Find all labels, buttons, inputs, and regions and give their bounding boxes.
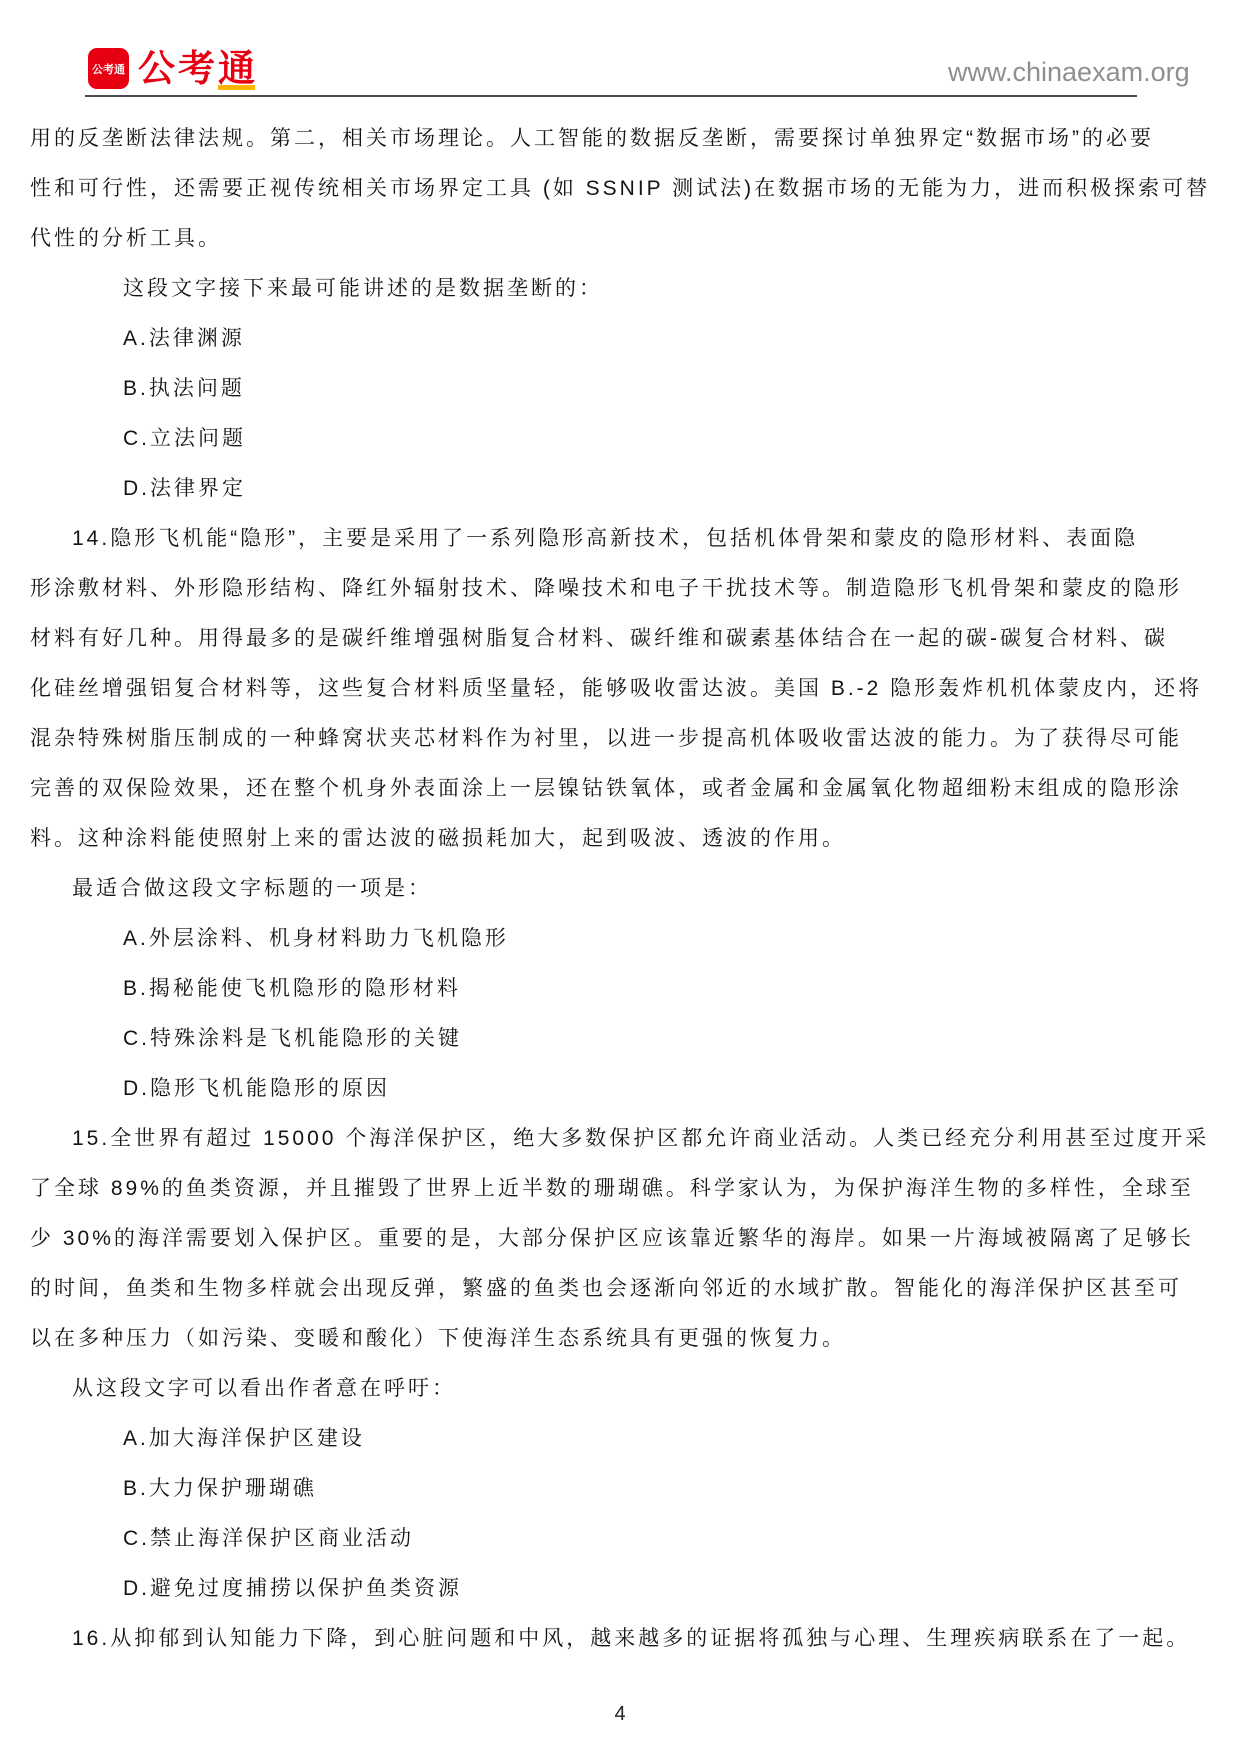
option-a: A.加大海洋保护区建设 [0,1412,1240,1462]
brand-logo: 公考通 公考通 [88,48,258,89]
paragraph-line: 的时间，鱼类和生物多样就会出现反弹，繁盛的鱼类也会逐渐向邻近的水域扩散。智能化的… [0,1262,1240,1312]
question-15-line: 15.全世界有超过 15000 个海洋保护区，绝大多数保护区都允许商业活动。人类… [0,1112,1240,1162]
option-d: D.法律界定 [0,462,1240,512]
paragraph-line: 完善的双保险效果，还在整个机身外表面涂上一层镍钴铁氧体，或者金属和金属氧化物超细… [0,762,1240,812]
paragraph-line: 了全球 89%的鱼类资源，并且摧毁了世界上近半数的珊瑚礁。科学家认为，为保护海洋… [0,1162,1240,1212]
option-c: C.禁止海洋保护区商业活动 [0,1512,1240,1562]
brand-logo-text: 公考通 [138,50,258,87]
brand-logo-label: 公考通 [138,48,258,89]
option-a: A.外层涂料、机身材料助力飞机隐形 [0,912,1240,962]
paragraph-line: 材料有好几种。用得最多的是碳纤维增强树脂复合材料、碳纤维和碳素基体结合在一起的碳… [0,612,1240,662]
option-a: A.法律渊源 [0,312,1240,362]
document-body: 用的反垄断法律法规。第二，相关市场理论。人工智能的数据反垄断，需要探讨单独界定“… [0,112,1240,1662]
paragraph-line: 混杂特殊树脂压制成的一种蜂窝状夹芯材料作为衬里，以进一步提高机体吸收雷达波的能力… [0,712,1240,762]
paragraph-line: 用的反垄断法律法规。第二，相关市场理论。人工智能的数据反垄断，需要探讨单独界定“… [0,112,1240,162]
option-b: B.大力保护珊瑚礁 [0,1462,1240,1512]
option-c: C.立法问题 [0,412,1240,462]
paragraph-line: 以在多种压力（如污染、变暖和酸化）下使海洋生态系统具有更强的恢复力。 [0,1312,1240,1362]
page-number: 4 [0,1703,1240,1726]
paragraph-line: 性和可行性，还需要正视传统相关市场界定工具 (如 SSNIP 测试法)在数据市场… [0,162,1240,212]
paragraph-line: 形涂敷材料、外形隐形结构、降红外辐射技术、降噪技术和电子干扰技术等。制造隐形飞机… [0,562,1240,612]
option-b: B.揭秘能使飞机隐形的隐形材料 [0,962,1240,1012]
paragraph-line: 代性的分析工具。 [0,212,1240,262]
brand-logo-icon: 公考通 [88,48,129,89]
header-divider [85,95,1137,97]
option-b: B.执法问题 [0,362,1240,412]
question-stem: 从这段文字可以看出作者意在呼吁： [0,1362,1240,1412]
option-d: D.隐形飞机能隐形的原因 [0,1062,1240,1112]
question-16-line: 16.从抑郁到认知能力下降，到心脏问题和中风，越来越多的证据将孤独与心理、生理疾… [0,1612,1240,1662]
question-14-line: 14.隐形飞机能“隐形”，主要是采用了一系列隐形高新技术，包括机体骨架和蒙皮的隐… [0,512,1240,562]
option-c: C.特殊涂料是飞机能隐形的关键 [0,1012,1240,1062]
paragraph-line: 少 30%的海洋需要划入保护区。重要的是，大部分保护区应该靠近繁华的海岸。如果一… [0,1212,1240,1262]
question-stem: 最适合做这段文字标题的一项是： [0,862,1240,912]
option-d: D.避免过度捕捞以保护鱼类资源 [0,1562,1240,1612]
site-url: www.chinaexam.org [948,55,1216,89]
document-page: 公考通 公考通 www.chinaexam.org 用的反垄断法律法规。第二，相… [0,0,1240,1754]
brand-accent-underline [218,85,255,90]
paragraph-line: 化硅丝增强铝复合材料等，这些复合材料质坚量轻，能够吸收雷达波。美国 B.-2 隐… [0,662,1240,712]
paragraph-line: 料。这种涂料能使照射上来的雷达波的磁损耗加大，起到吸波、透波的作用。 [0,812,1240,862]
question-stem: 这段文字接下来最可能讲述的是数据垄断的： [0,262,1240,312]
